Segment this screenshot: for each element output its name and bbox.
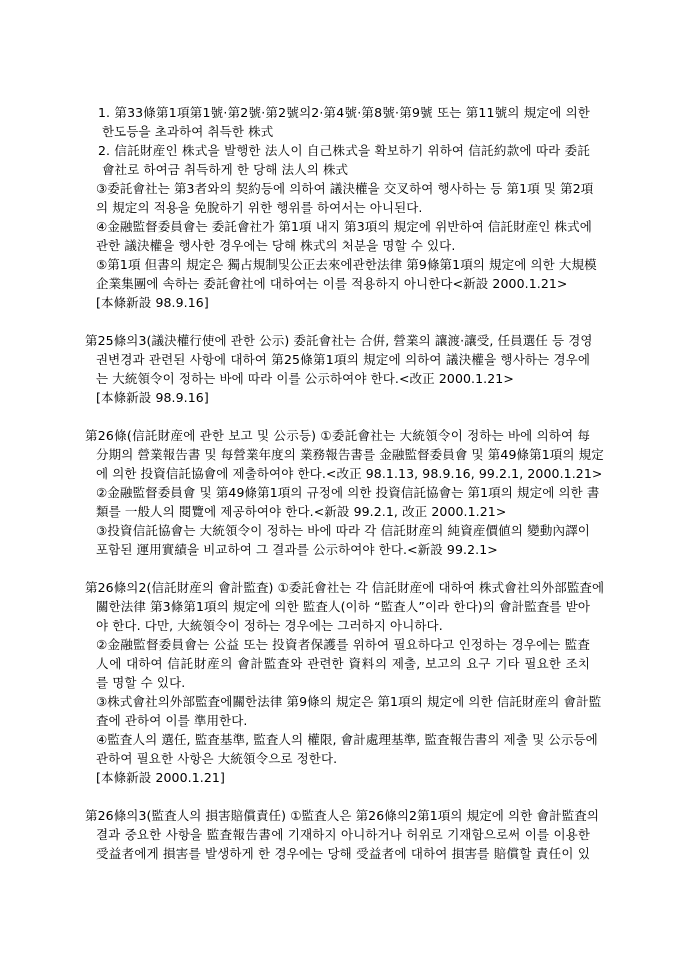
article-heading-line: 第25條의3(議決權行使에 관한 公示) 委託會社는 合倂, 營業의 讓渡·讓受…	[85, 331, 590, 350]
law-text-line: ③株式會社의外部監査에關한法律 第9條의 規定은 第1項의 規定에 의한 信託財…	[96, 692, 590, 711]
law-text-line: 포함된 運用實績을 비교하여 그 결과를 公示하여야 한다.<新設 99.2.1…	[96, 540, 590, 559]
article-26: 第26條(信託財産에 관한 보고 및 公示등) ①委託會社는 大統領令이 정하는…	[85, 426, 590, 559]
article-26-2: 第26條의2(信託財産의 會計監査) ①委託會社는 각 信託財産에 대하여 株式…	[85, 578, 590, 787]
law-text-line: ④金融監督委員會는 委託會社가 第1項 내지 第3項의 規定에 위반하여 信託財…	[96, 217, 590, 236]
law-text-line: 關한法律 第3條第1項의 規定에 의한 監査人(이하 “監査人”이라 한다)의 …	[96, 597, 590, 616]
law-text-line: 관한 議決權을 행사한 경우에는 당해 株式의 처분을 명할 수 있다.	[96, 236, 590, 255]
law-text-line: ⑤第1項 但書의 規定은 獨占規制및公正去來에관한法律 第9條第1項의 規定에 …	[96, 255, 590, 274]
article-heading-line: 第26條의3(監査人의 損害賠償責任) ①監査人은 第26條의2第1項의 規定에…	[85, 806, 590, 825]
law-text-line: 한도등을 초과하여 취득한 株式	[102, 122, 590, 141]
law-text-line: 는 大統領令이 정하는 바에 따라 이를 公示하여야 한다.<改正 2000.1…	[96, 369, 590, 388]
law-text-line: 類를 一般人의 閱覽에 제공하여야 한다.<新設 99.2.1, 改正 2000…	[96, 502, 590, 521]
law-text-line: ④監査人의 選任, 監査基準, 監査人의 權限, 會計處理基準, 監査報告書의 …	[96, 730, 590, 749]
law-text-line: 를 명할 수 있다.	[96, 673, 590, 692]
law-text-line: 人에 대하여 信託財産의 會計監査와 관련한 資料의 제출, 보고의 요구 기타…	[96, 654, 590, 673]
law-text-line: 의 規定의 적용을 免脫하기 위한 행위를 하여서는 아니된다.	[96, 198, 590, 217]
law-text-line: 査에 관하여 이를 準用한다.	[96, 711, 590, 730]
law-text-annotation: [本條新設 98.9.16]	[96, 293, 590, 312]
law-text-line: ③投資信託協會는 大統領令이 정하는 바에 따라 각 信託財産의 純資産價値의 …	[96, 521, 590, 540]
law-text-line: 2. 信託財産인 株式을 발행한 法人이 自己株式을 확보하기 위하여 信託約款…	[98, 141, 590, 160]
law-text-line: 會社로 하여금 취득하게 한 당해 法人의 株式	[102, 160, 590, 179]
law-text-line: 1. 第33條第1項第1號·第2號·第2號의2·第4號·第8號·第9號 또는 第…	[98, 103, 590, 122]
article-25-3: 第25條의3(議決權行使에 관한 公示) 委託會社는 合倂, 營業의 讓渡·讓受…	[85, 331, 590, 407]
law-text-line: 受益者에게 損害를 발생하게 한 경우에는 당해 受益者에 대하여 損害를 賠償…	[96, 844, 590, 863]
law-text-line: ②金融監督委員會는 公益 또는 投資者保護를 위하여 필요하다고 인정하는 경우…	[96, 635, 590, 654]
law-text-line: 分期의 營業報告書 및 每營業年度의 業務報告書를 金融監督委員會 및 第49條…	[96, 445, 590, 464]
law-text-line: ②金融監督委員會 및 第49條第1項의 규정에 의한 投資信託協會는 第1項의 …	[96, 483, 590, 502]
law-text-line: 결과 중요한 사항을 監査報告書에 기재하지 아니하거나 허위로 기재함으로써 …	[96, 825, 590, 844]
law-text-annotation: [本條新設 2000.1.21]	[96, 768, 590, 787]
law-text-line: 야 한다. 다만, 大統領令이 정하는 경우에는 그러하지 아니하다.	[96, 616, 590, 635]
article-heading-line: 第26條(信託財産에 관한 보고 및 公示등) ①委託會社는 大統領令이 정하는…	[85, 426, 590, 445]
law-text-annotation: [本條新設 98.9.16]	[96, 388, 590, 407]
law-text-line: 企業集團에 속하는 委託會社에 대하여는 이를 적용하지 아니한다<新設 200…	[96, 274, 590, 293]
article-26-3-fragment: 第26條의3(監査人의 損害賠償責任) ①監査人은 第26條의2第1項의 規定에…	[85, 806, 590, 863]
law-text-line: ③委託會社는 第3者와의 契約등에 의하여 議決權을 交叉하여 행사하는 등 第…	[96, 179, 590, 198]
law-text-line: 권변경과 관련된 사항에 대하여 第25條第1項의 規定에 의하여 議決權을 행…	[96, 350, 590, 369]
article-fragment-items-and-paragraphs: 1. 第33條第1項第1號·第2號·第2號의2·第4號·第8號·第9號 또는 第…	[85, 103, 590, 312]
scanned-law-document-page: 1. 第33條第1項第1號·第2號·第2號의2·第4號·第8號·第9號 또는 第…	[0, 0, 680, 962]
law-text-line: 관하여 필요한 사항은 大統領令으로 정한다.	[96, 749, 590, 768]
article-heading-line: 第26條의2(信託財産의 會計監査) ①委託會社는 각 信託財産에 대하여 株式…	[85, 578, 590, 597]
law-text-line: 에 의한 投資信託協會에 제출하여야 한다.<改正 98.1.13, 98.9.…	[96, 464, 590, 483]
